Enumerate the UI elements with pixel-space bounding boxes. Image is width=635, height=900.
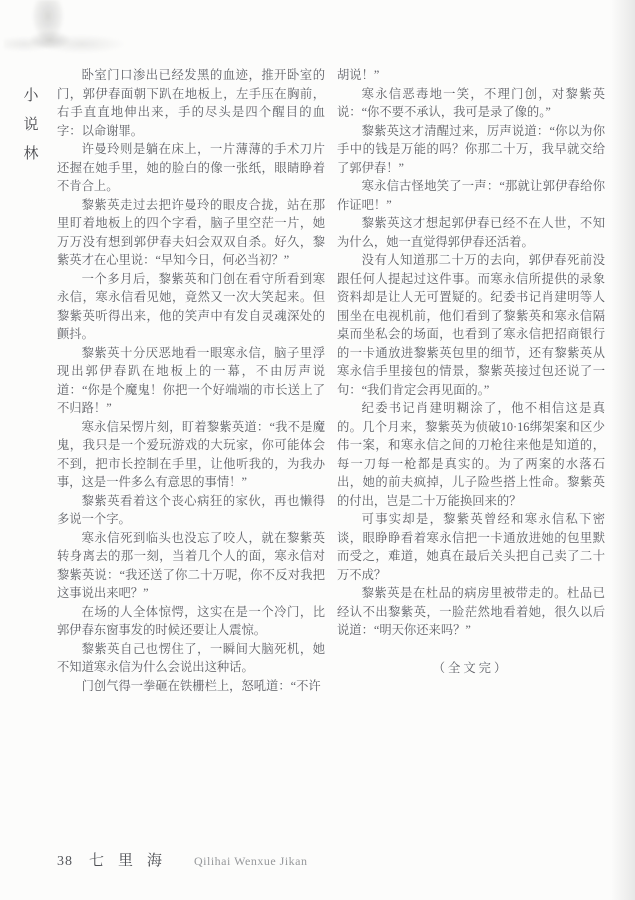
paragraph: 纪委书记肖建明糊涂了，他不相信这是真的。几个月来，黎紫英为侦破10·16绑架案和… xyxy=(337,399,605,510)
paragraph: 卧室门口渗出已经发黑的血迹，推开卧室的门，郭伊春面朝下趴在地板上，左手压在胸前，… xyxy=(57,66,325,140)
journal-romanization: Qilihai Wenxue Jikan xyxy=(194,854,307,869)
section-label-char: 小 xyxy=(22,84,40,105)
section-label-char: 林 xyxy=(22,142,40,163)
text-column-right-paragraphs: 胡说！”寒永信恶毒地一笑，不理门创，对黎紫英说：“你不要不承认，我可是录了像的。… xyxy=(337,66,605,640)
end-of-text-mark: （全文完） xyxy=(337,659,605,678)
paragraph: 黎紫英是在杜品的病房里被带走的。杜品已经认不出黎紫英，一脸茫然地看着她，很久以后… xyxy=(337,584,605,640)
article-body: 卧室门口渗出已经发黑的血迹，推开卧室的门，郭伊春面朝下趴在地板上，左手压在胸前，… xyxy=(57,66,605,695)
text-column-right: 胡说！”寒永信恶毒地一笑，不理门创，对黎紫英说：“你不要不承认，我可是录了像的。… xyxy=(337,66,605,695)
paragraph: 一个多月后，黎紫英和门创在看守所看到寒永信，寒永信看见她，竟然又一次大笑起来。但… xyxy=(57,270,325,344)
journal-title: 七里海 xyxy=(89,849,176,870)
section-label-char: 说 xyxy=(22,113,40,134)
paragraph: 没有人知道那二十万的去向，郭伊春死前没跟任何人提起过这件事。而寒永信所提供的录象… xyxy=(337,251,605,399)
paragraph: 许曼玲则是躺在床上，一片薄薄的手术刀片还握在她手里，她的脸白的像一张纸，眼睛睁着… xyxy=(57,140,325,196)
paragraph: 在场的人全体惊愕，这实在是一个冷门，比郭伊春东窗事发的时候还要让人震惊。 xyxy=(57,603,325,640)
paragraph: 寒永信古怪地笑了一声：“那就让郭伊春给你作证吧！” xyxy=(337,177,605,214)
corner-ink-decoration xyxy=(4,0,134,54)
paragraph: 黎紫英走过去把许曼玲的眼皮合拢，站在那里盯着地板上的四个字看，脑子里空茫一片，她… xyxy=(57,196,325,270)
paragraph: 寒永信恶毒地一笑，不理门创，对黎紫英说：“你不要不承认，我可是录了像的。” xyxy=(337,85,605,122)
page-number: 38 xyxy=(57,854,73,870)
paragraph: 黎紫英自己也愣住了，一瞬间大脑死机，她不知道寒永信为什么会说出这种话。 xyxy=(57,640,325,677)
paragraph: 可事实却是，黎紫英曾经和寒永信私下密谈，眼睁睁看着寒永信把一卡通放进她的包里默而… xyxy=(337,510,605,584)
page-edge-shadow xyxy=(611,0,635,900)
section-label-vertical: 小 说 林 xyxy=(22,84,40,163)
paragraph: 黎紫英看着这个丧心病狂的家伙，再也懒得多说一个字。 xyxy=(57,492,325,529)
magazine-page: 小 说 林 卧室门口渗出已经发黑的血迹，推开卧室的门，郭伊春面朝下趴在地板上，左… xyxy=(0,0,635,900)
paragraph: 黎紫英十分厌恶地看一眼寒永信，脑子里浮现出郭伊春趴在地板上的一幕，不由厉声说道：… xyxy=(57,344,325,418)
text-column-left: 卧室门口渗出已经发黑的血迹，推开卧室的门，郭伊春面朝下趴在地板上，左手压在胸前，… xyxy=(57,66,325,695)
paragraph: 寒永信呆愣片刻，盯着黎紫英道：“我不是魔鬼，我只是一个爱玩游戏的大玩家，你可能体… xyxy=(57,418,325,492)
paragraph: 黎紫英这才清醒过来，厉声说道：“你以为你手中的钱是万能的吗？你那二十万，我早就交… xyxy=(337,122,605,178)
paragraph: 寒永信死到临头也没忘了咬人，就在黎紫英转身离去的那一刻，当着几个人的面，寒永信对… xyxy=(57,529,325,603)
page-footer: 38 七里海 Qilihai Wenxue Jikan xyxy=(57,849,307,870)
paragraph: 黎紫英这才想起郭伊春已经不在人世，不知为什么，她一直觉得郭伊春还活着。 xyxy=(337,214,605,251)
paragraph: 胡说！” xyxy=(337,66,605,85)
paragraph: 门创气得一拳砸在铁栅栏上，怒吼道：“不许 xyxy=(57,677,325,696)
